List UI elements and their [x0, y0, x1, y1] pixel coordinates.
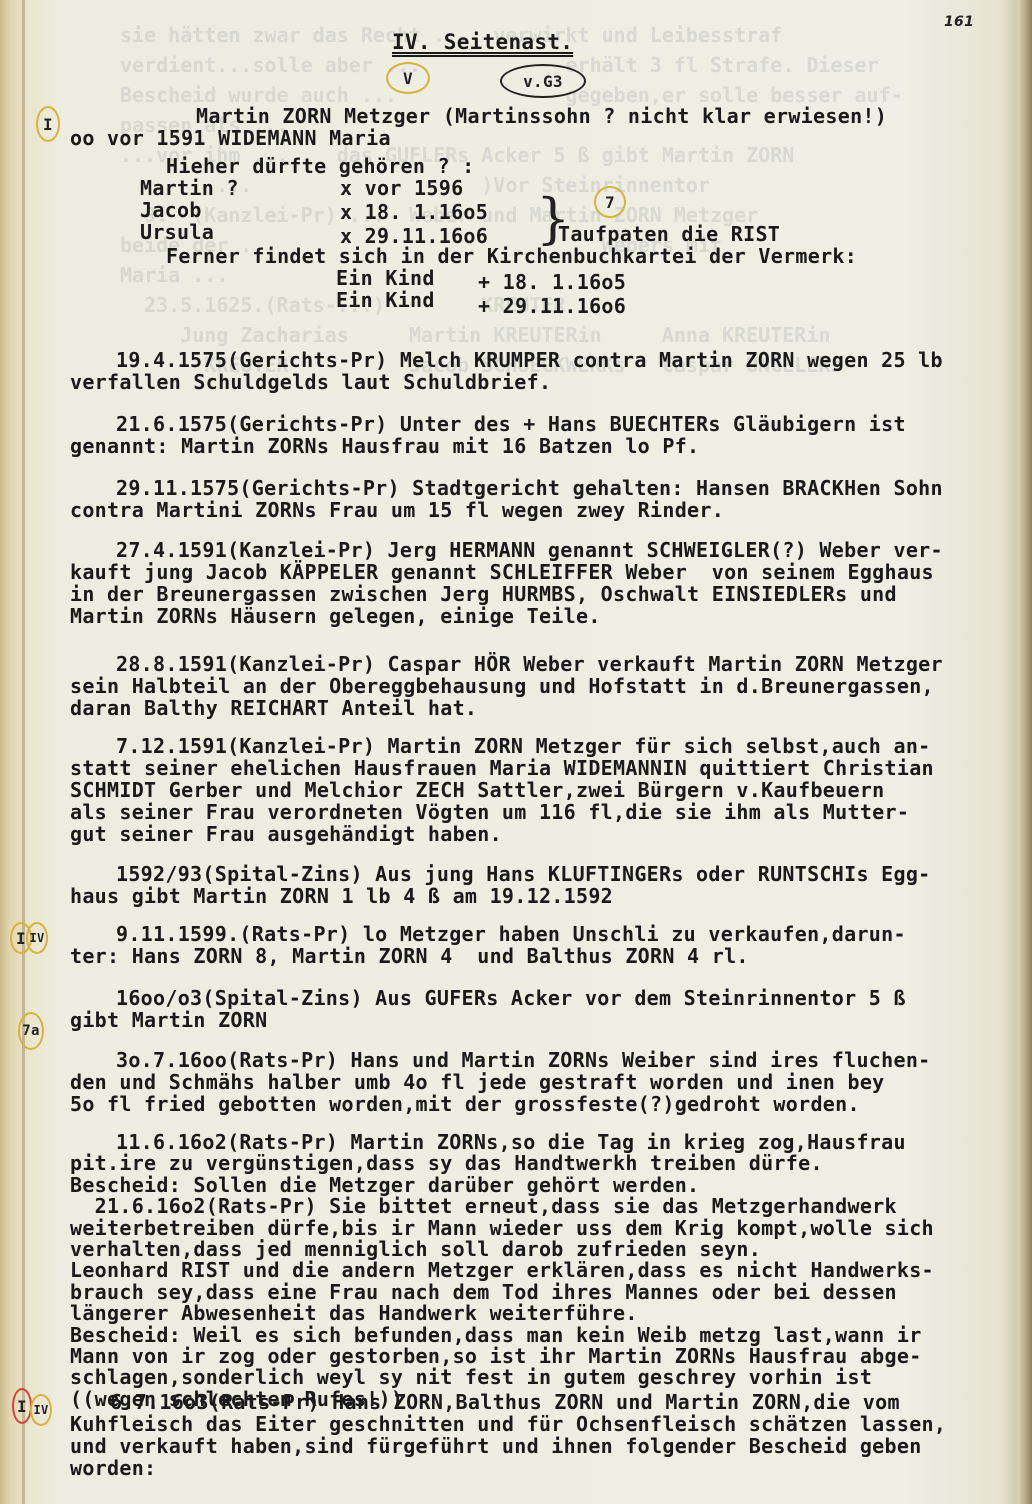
- entry-line: Leonhard RIST und die andern Metzger erk…: [70, 1258, 934, 1282]
- entry-line: contra Martini ZORNs Frau um 15 fl wegen…: [70, 498, 724, 522]
- entry-line: statt seiner ehelichen Hausfrauen Maria …: [70, 756, 934, 780]
- church-record-intro: Ferner findet sich in der Kirchenbuchkar…: [166, 244, 857, 268]
- entry-line: 6.7.16o3(Rats-Pr) Hans ZORN,Balthus ZORN…: [110, 1390, 900, 1414]
- entry-line: haus gibt Martin ZORN 1 lb 4 ß am 19.12.…: [70, 884, 613, 908]
- generation-ref-circle: v.G3: [500, 64, 586, 98]
- godparents-note: Taufpaten die RIST: [558, 222, 780, 246]
- entry-line: brauch sey,dass eine Frau nach dem Tod i…: [70, 1280, 897, 1304]
- child-name: Martin ?: [140, 176, 239, 200]
- entry-line: Mann von ir zog oder gestorben,so ist ih…: [70, 1344, 922, 1368]
- death-label: Ein Kind: [336, 266, 435, 290]
- margin-mark-1600: 7a: [18, 1012, 44, 1050]
- entry-line: gut seiner Frau ausgehändigt haben.: [70, 822, 502, 846]
- entry-line: 9.11.1599.(Rats-Pr) lo Metzger haben Uns…: [116, 922, 906, 946]
- children-intro: Hieher dürfte gehören ? :: [166, 154, 475, 178]
- death-date: + 18. 1.16o5: [478, 270, 626, 294]
- entry-line: 19.4.1575(Gerichts-Pr) Melch KRUMPER con…: [116, 348, 943, 372]
- entry-line: SCHMIDT Gerber und Melchior ZECH Sattler…: [70, 778, 885, 802]
- entry-line: ter: Hans ZORN 8, Martin ZORN 4 und Balt…: [70, 944, 749, 968]
- entry-line: pit.ire zu vergünstigen,dass sy das Hand…: [70, 1151, 823, 1175]
- entry-line: längerer Abwesenheit das Handwerk weiter…: [70, 1301, 638, 1325]
- entry-line: und verkauft haben,sind fürgeführt und i…: [70, 1434, 922, 1458]
- child-name: Jacob: [140, 198, 202, 222]
- entry-line: Bescheid: Sollen die Metzger darüber geh…: [70, 1173, 699, 1197]
- entry-line: 3o.7.16oo(Rats-Pr) Hans und Martin ZORNs…: [116, 1048, 931, 1072]
- entry-line: 21.6.16o2(Rats-Pr) Sie bittet erneut,das…: [70, 1194, 897, 1218]
- child-name: Ursula: [140, 220, 214, 244]
- person-heading: Martin ZORN Metzger (Martinssohn ? nicht…: [196, 104, 887, 128]
- entry-line: 29.11.1575(Gerichts-Pr) Stadtgericht geh…: [116, 476, 943, 500]
- death-label: Ein Kind: [336, 288, 435, 312]
- entry-line: 16oo/o3(Spital-Zins) Aus GUFERs Acker vo…: [116, 986, 906, 1010]
- entry-line: 21.6.1575(Gerichts-Pr) Unter des + Hans …: [116, 412, 906, 436]
- entry-line: 5o fl fried gebotten worden,mit der gros…: [70, 1092, 860, 1116]
- child-date: x vor 1596: [340, 176, 463, 200]
- page-number: 161: [944, 14, 974, 30]
- entry-line: genannt: Martin ZORNs Hausfrau mit 16 Ba…: [70, 434, 699, 458]
- entry-line: 7.12.1591(Kanzlei-Pr) Martin ZORN Metzge…: [116, 734, 931, 758]
- entry-line: weiterbetreiben dürfe,bis ir Mann wieder…: [70, 1216, 934, 1240]
- document-page: 161 IV. Seitenast. V v.G3 I Martin ZORN …: [0, 0, 1032, 1504]
- child-date: x 18. 1.16o5: [340, 200, 488, 224]
- margin-mark-top: I: [36, 106, 60, 142]
- entry-line: den und Schmähs halber umb 4o fl jede ge…: [70, 1070, 885, 1094]
- entry-line: 27.4.1591(Kanzlei-Pr) Jerg HERMANN genan…: [116, 538, 943, 562]
- section-heading: IV. Seitenast.: [392, 30, 573, 54]
- death-date: + 29.11.16o6: [478, 294, 626, 318]
- entry-line: 11.6.16o2(Rats-Pr) Martin ZORNs,so die T…: [116, 1130, 906, 1154]
- entry-line: gibt Martin ZORN: [70, 1008, 267, 1032]
- entry-line: kauft jung Jacob KÄPPELER genannt SCHLEI…: [70, 560, 934, 584]
- entry-line: schlagen,sonderlich weyl sy nit fest in …: [70, 1365, 872, 1389]
- entry-line: 1592/93(Spital-Zins) Aus jung Hans KLUFT…: [116, 862, 931, 886]
- margin-mark-1603-a: I: [12, 1388, 32, 1424]
- roman-mark: V: [403, 69, 413, 88]
- marriage-line: oo vor 1591 WIDEMANN Maria: [70, 126, 391, 150]
- entry-line: als seiner Frau verordneten Vögten um 11…: [70, 800, 909, 824]
- entry-line: 28.8.1591(Kanzlei-Pr) Caspar HÖR Weber v…: [116, 652, 943, 676]
- roman-mark-circle: V: [386, 62, 430, 94]
- entry-line: Bescheid: Weil es sich befunden,dass man…: [70, 1323, 922, 1347]
- entry-line: Kuhfleisch das Eiter geschnitten und für…: [70, 1412, 946, 1436]
- margin-mark-1599-b: IV: [26, 922, 48, 954]
- entry-line: Martin ZORNs Häusern gelegen, einige Tei…: [70, 604, 601, 628]
- entry-line: in der Breunergassen zwischen Jerg HURMB…: [70, 582, 897, 606]
- entry-line: verfallen Schuldgelds laut Schuldbrief.: [70, 370, 551, 394]
- margin-mark-taufpaten: 7: [594, 186, 626, 218]
- entry-line: daran Balthy REICHART Anteil hat.: [70, 696, 477, 720]
- entry-line: worden:: [70, 1456, 156, 1480]
- entry-line: sein Halbteil an der Obereggbehausung un…: [70, 674, 934, 698]
- generation-ref: v.G3: [523, 72, 563, 91]
- entry-line: verhalten,dass jed menniglich soll darob…: [70, 1237, 761, 1261]
- margin-mark-1603-b: IV: [30, 1394, 52, 1426]
